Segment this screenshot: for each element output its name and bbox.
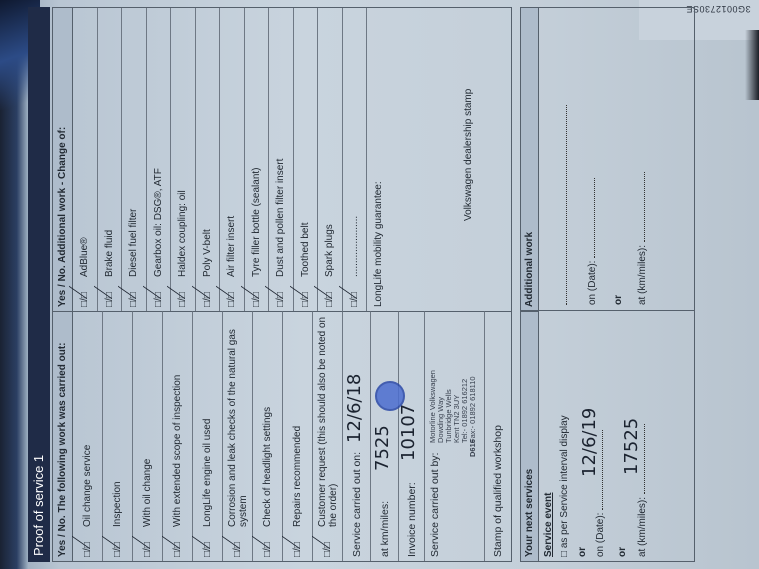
additional-item-row: □/□Gearbox oil: DSG®, ATF [147,8,172,311]
additional-item-label: Diesel fuel filter [128,209,139,277]
add-km-row: at (km/miles): [637,172,648,305]
service-date-row: Service carried out on: 12/6/18 [343,311,371,561]
yes-no-checkbox[interactable]: □/□ [349,277,360,311]
workshop-stamp-label: Stamp of qualified workshop [492,425,504,557]
work-item-row: □/□LongLife engine oil used [193,311,223,561]
additional-item-row: □/□Tyre filler bottle (sealant) [245,8,270,311]
additional-item-label: Dust and pollen filter insert [275,159,286,277]
check-mark-icon [312,536,330,564]
yes-no-checkbox[interactable]: □/□ [104,277,115,311]
additional-item-label: AdBlue® [79,237,90,277]
work-item-label: With extended scope of inspection [172,375,183,527]
next-date-label: on (Date): [595,513,606,557]
additional-item-label: Tyre filler bottle (sealant) [251,168,262,278]
yes-no-checkbox[interactable]: □/□ [324,277,335,311]
work-item-row: □/□Inspection [103,311,133,561]
yes-no-checkbox[interactable]: □/□ [153,277,164,311]
yes-no-checkbox[interactable]: □/□ [142,527,153,561]
mileage-row: at km/miles: 7525 [371,311,399,561]
next-km-label: at (km/miles): [637,497,648,557]
add-km-label: at (km/miles): [637,245,648,305]
additional-item-row: □/□Dust and pollen filter insert [269,8,294,311]
next-date-row: on (Date): 12/6/19 [595,430,606,557]
yes-no-checkbox[interactable]: □/□ [112,527,123,561]
additional-item-row: □/□Diesel fuel filter [122,8,147,311]
work-item-label: LongLife engine oil used [202,419,213,527]
vw-logo-stamp [375,381,405,411]
invoice-value[interactable]: 10107 [396,404,422,461]
dealership-stamp-label: Volkswagen dealership stamp [463,89,474,221]
additional-item-label: Air filter insert [226,216,237,277]
check-mark-icon [162,536,180,564]
or-label-2: or [617,547,628,557]
service-form: Yes / No. The following work was carried… [52,7,512,562]
service-event-label: Service event [543,493,554,558]
check-mark-icon [102,536,120,564]
page-title: Proof of service 1 [28,7,50,562]
additional-item-label: Poly V-belt [202,229,213,277]
carried-out-by-label: Service carried out by: [429,453,441,557]
additional-work-line[interactable] [559,105,570,305]
interval-display-label: as per Service interval display [559,415,570,548]
service-date-label: Service carried out on: [351,452,363,557]
next-km-field[interactable] [644,424,645,494]
additional-item-label: Spark plugs [324,224,335,277]
work-item-label: Check of headlight settings [262,407,273,527]
additional-item-row: □/□Brake fluid [98,8,123,311]
work-item-row: □/□Repairs recommended [283,311,313,561]
yes-no-checkbox[interactable]: □/□ [226,277,237,311]
yes-no-checkbox[interactable]: □/□ [232,527,243,561]
next-km-row: at (km/miles): 17525 [637,424,648,557]
check-mark-icon [252,536,270,564]
next-date-field[interactable] [602,430,603,510]
service-date-value[interactable]: 12/6/18 [341,374,369,443]
yes-no-checkbox[interactable]: □/□ [275,277,286,311]
work-item-label: Oil change service [82,445,93,527]
next-services-header: Your next services [521,311,539,561]
work-item-row: □/□With extended scope of inspection [163,311,193,561]
additional-item-row: □/□AdBlue® [73,8,98,311]
longlife-label: LongLife mobility guarantee: [373,181,384,307]
additional-item-label: Brake fluid [104,230,115,277]
dealer-code: D616 [469,439,477,457]
yes-no-checkbox[interactable]: □/□ [262,527,273,561]
additional-item-label: Gearbox oil: DSG®, ATF [153,168,164,277]
additional-item-row: □/□Toothed belt [294,8,319,311]
add-date-field[interactable] [594,178,595,258]
work-item-row: □/□Corrosion and leak checks of the natu… [223,311,253,561]
work-item-label: Inspection [112,481,123,527]
work-item-row: □/□Customer request (this should also be… [313,311,343,561]
service-record-page: Proof of service 1 Yes / No. The followi… [20,7,730,562]
check-mark-icon [192,536,210,564]
additional-item-row: □/□Haldex coupling: oil [171,8,196,311]
work-item-row: □/□With oil change [133,311,163,561]
yes-no-checkbox[interactable]: □/□ [79,277,90,311]
workshop-stamp-row: Stamp of qualified workshop [485,311,511,561]
invoice-row: Invoice number: 10107 [399,311,425,561]
add-or-label: or [613,295,624,305]
yes-no-checkbox[interactable]: □/□ [172,527,183,561]
additional-item-row: □/□Spark plugs [318,8,343,311]
divider [521,310,694,311]
mileage-label: at km/miles: [379,501,391,557]
mileage-value[interactable]: 7525 [369,425,397,471]
yes-no-checkbox[interactable]: □/□ [128,277,139,311]
or-label: or [577,547,588,557]
add-date-row: on (Date): [587,178,598,305]
additional-item-row: □/□...................... [343,8,368,311]
additional-item-row: □/□Poly V-belt [196,8,221,311]
add-km-field[interactable] [644,172,645,242]
yes-no-checkbox[interactable]: □/□ [177,277,188,311]
yes-no-checkbox[interactable]: □/□ [292,527,303,561]
next-services-section: Your next services Additional work Servi… [520,7,695,562]
additional-item-row: □/□Air filter insert [220,8,245,311]
additional-item-label: Toothed belt [300,223,311,278]
yes-no-checkbox[interactable]: □/□ [300,277,311,311]
check-mark-icon [222,536,240,564]
work-item-label: Repairs recommended [292,426,303,527]
yes-no-checkbox[interactable]: □/□ [202,527,213,561]
check-mark-icon [282,536,300,564]
address-line: Fax:- 01892 618110 [469,370,477,443]
add-date-label: on (Date): [587,261,598,305]
additional-item-label: Haldex coupling: oil [177,190,188,277]
yes-no-checkbox[interactable]: □/□ [251,277,262,311]
next-additional-header: Additional work [521,8,539,311]
yes-no-checkbox[interactable]: □/□ [202,277,213,311]
check-mark-icon [72,536,90,564]
work-item-row: □/□Oil change service [73,311,103,561]
work-item-label: With oil change [142,459,153,527]
next-date-value: 12/6/19 [579,408,600,477]
next-km-value: 17525 [621,418,642,475]
additional-item-label: ...................... [349,216,360,277]
yes-no-checkbox[interactable]: □/□ [322,527,333,561]
additional-header: Yes / No. Additional work - Change of: [53,8,73,311]
work-item-label: Corrosion and leak checks of the natural… [227,312,249,527]
check-mark-icon [132,536,150,564]
work-item-row: □/□Check of headlight settings [253,311,283,561]
work-header: Yes / No. The following work was carried… [53,311,73,561]
yes-no-checkbox[interactable]: □/□ [82,527,93,561]
shadow-edge [745,30,759,100]
carried-out-by-row: Service carried out by: Motorline Volksw… [425,311,485,561]
dealer-address: Motorline VolkswagenDowding WayTunbridge… [429,370,477,443]
interval-display-option[interactable]: □ as per Service interval display [559,415,570,557]
invoice-label: Invoice number: [406,482,418,557]
work-item-label: Customer request (this should also be no… [317,312,339,527]
